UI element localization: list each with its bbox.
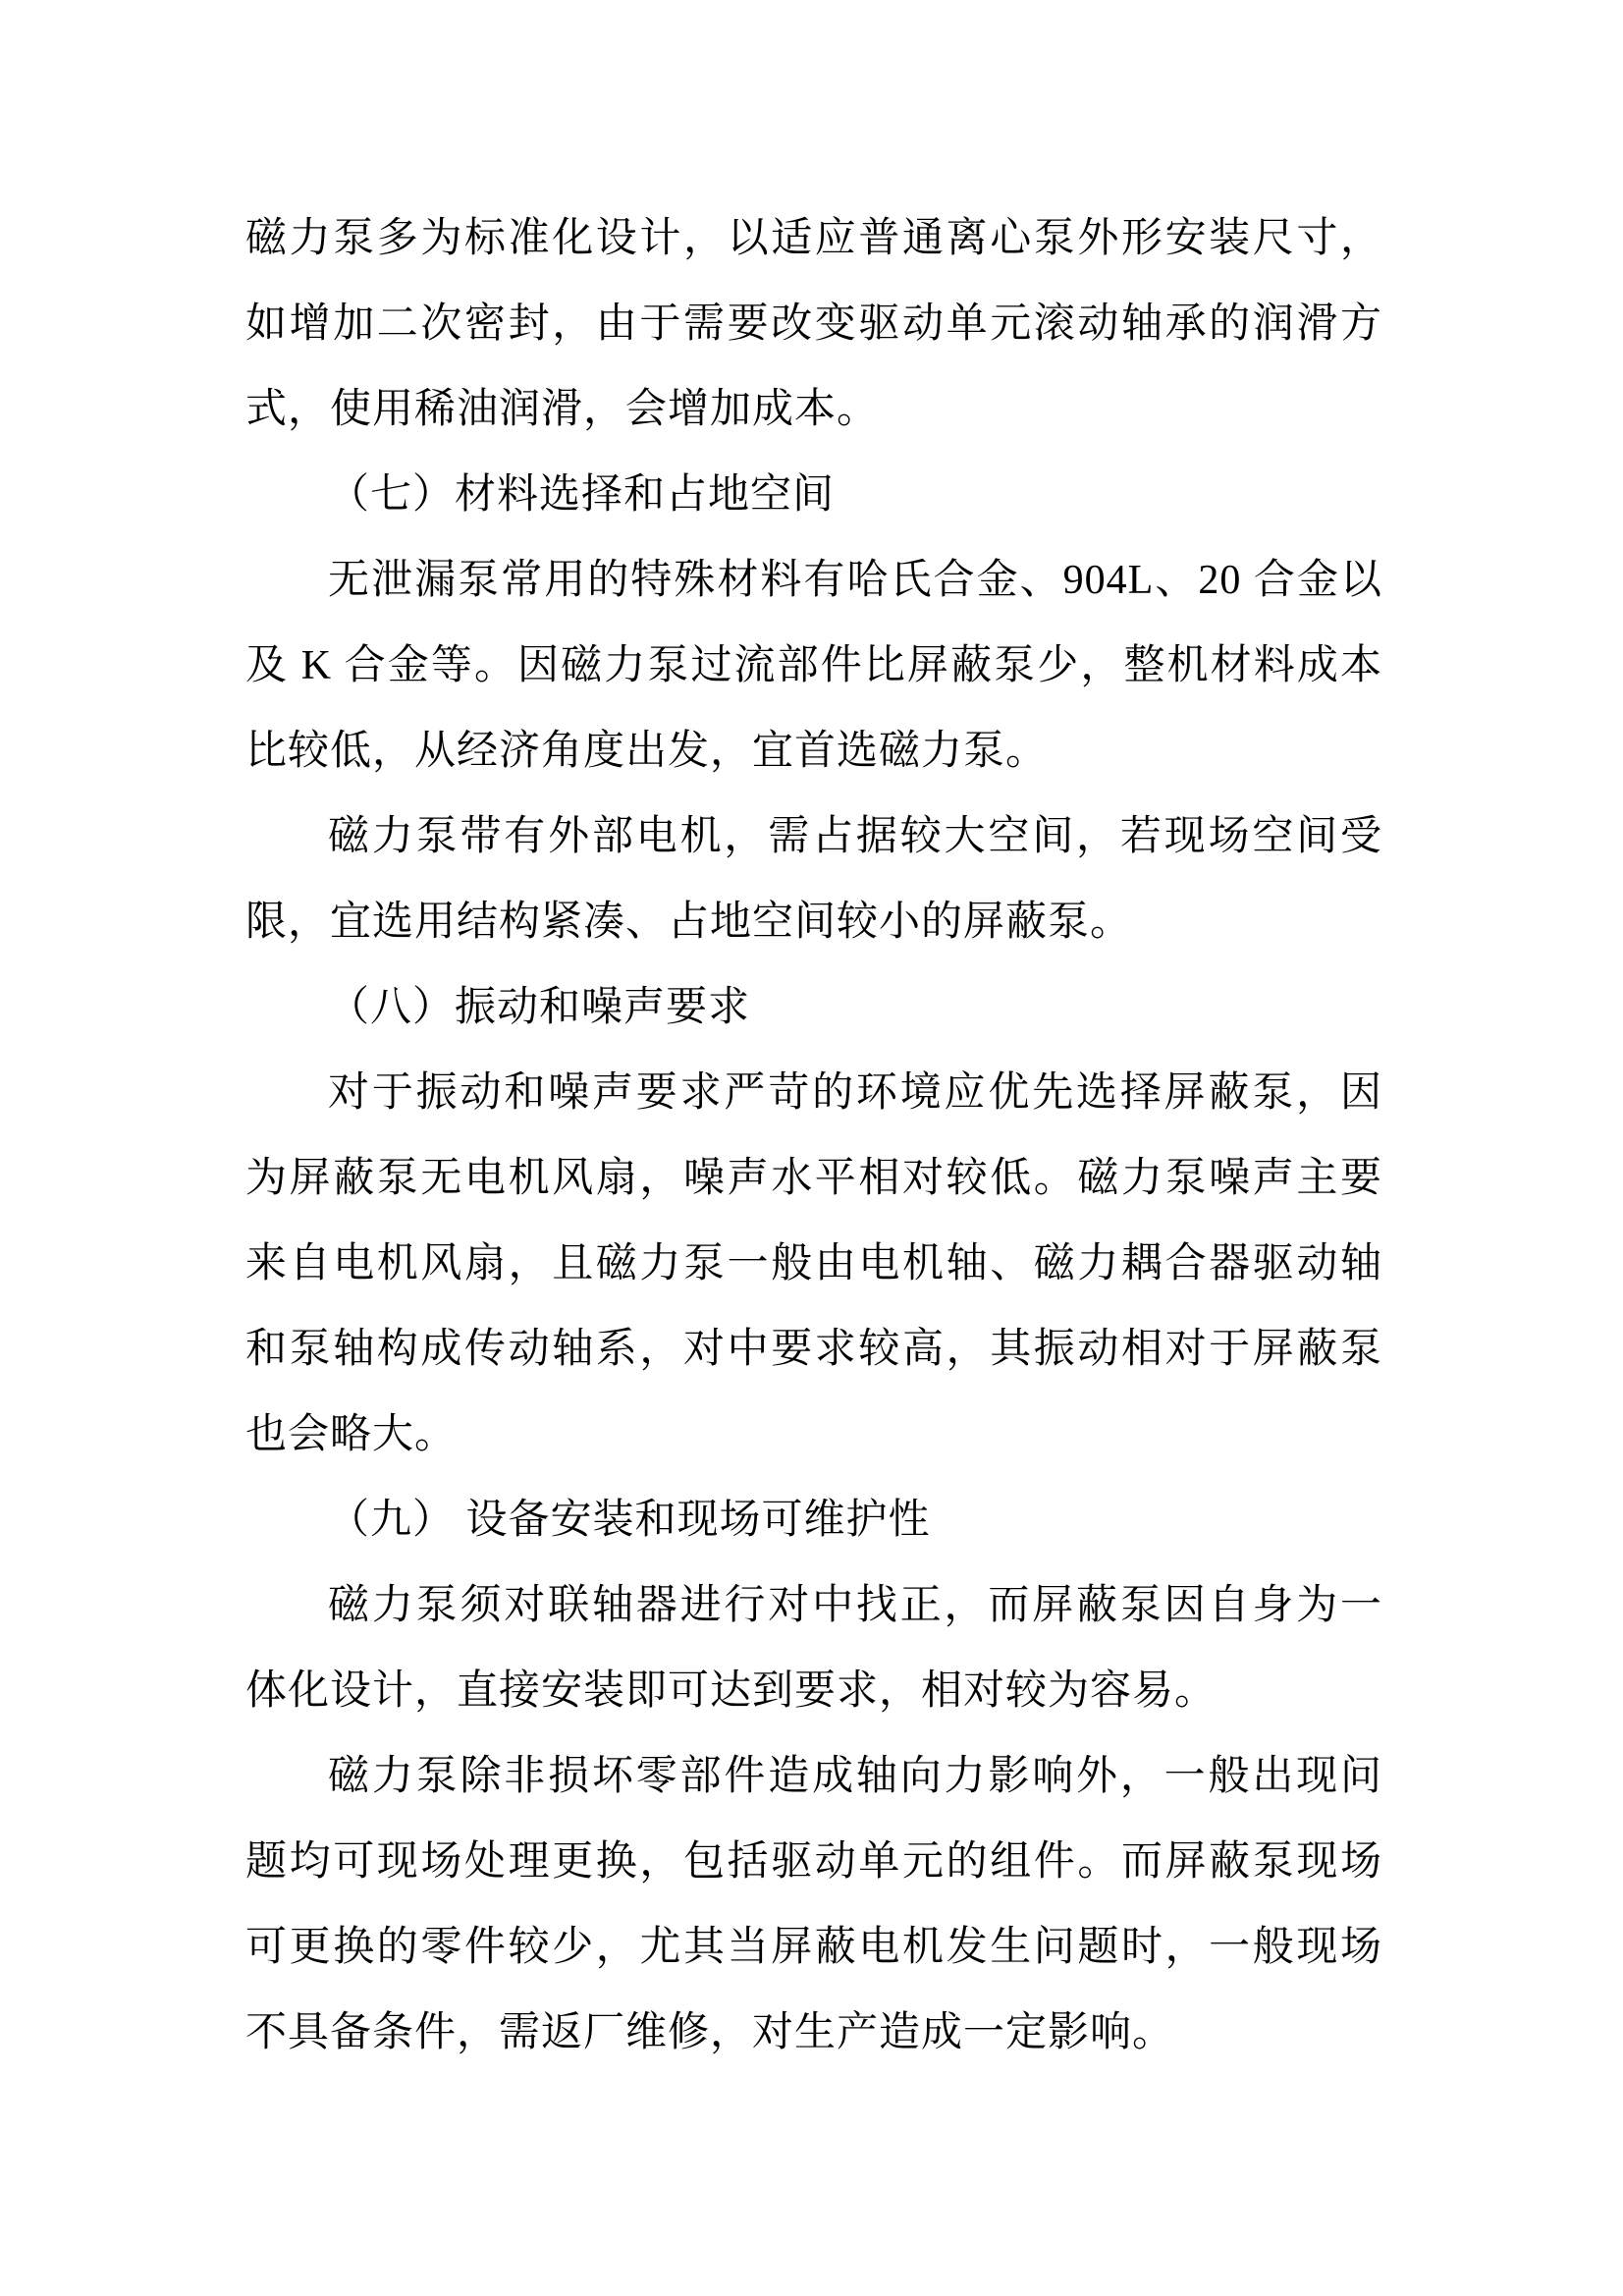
paragraph-field-maintenance: 磁力泵除非损坏零部件造成轴向力影响外，一般出现问题均可现场处理更换，包括驱动单元… [245, 1734, 1382, 2076]
paragraph-installation: 磁力泵须对联轴器进行对中找正，而屏蔽泵因自身为一体化设计，直接安装即可达到要求，… [245, 1563, 1382, 1734]
paragraph-footprint: 磁力泵带有外部电机，需占据较大空间，若现场空间受限，宜选用结构紧凑、占地空间较小… [245, 794, 1382, 965]
document-page: 磁力泵多为标准化设计，以适应普通离心泵外形安装尺寸，如增加二次密封，由于需要改变… [0, 0, 1623, 2296]
heading-section-8: （八）振动和噪声要求 [245, 965, 1382, 1051]
document-body: 磁力泵多为标准化设计，以适应普通离心泵外形安装尺寸，如增加二次密封，由于需要改变… [245, 196, 1382, 2076]
paragraph-materials-and-space: 无泄漏泵常用的特殊材料有哈氏合金、904L、20 合金以及 K 合金等。因磁力泵… [245, 538, 1382, 794]
paragraph-pump-standardization: 磁力泵多为标准化设计，以适应普通离心泵外形安装尺寸，如增加二次密封，由于需要改变… [245, 196, 1382, 453]
heading-section-9: （九） 设备安装和现场可维护性 [245, 1478, 1382, 1563]
heading-section-7: （七）材料选择和占地空间 [245, 453, 1382, 538]
paragraph-vibration-noise: 对于振动和噪声要求严苛的环境应优先选择屏蔽泵，因为屏蔽泵无电机风扇，噪声水平相对… [245, 1051, 1382, 1478]
